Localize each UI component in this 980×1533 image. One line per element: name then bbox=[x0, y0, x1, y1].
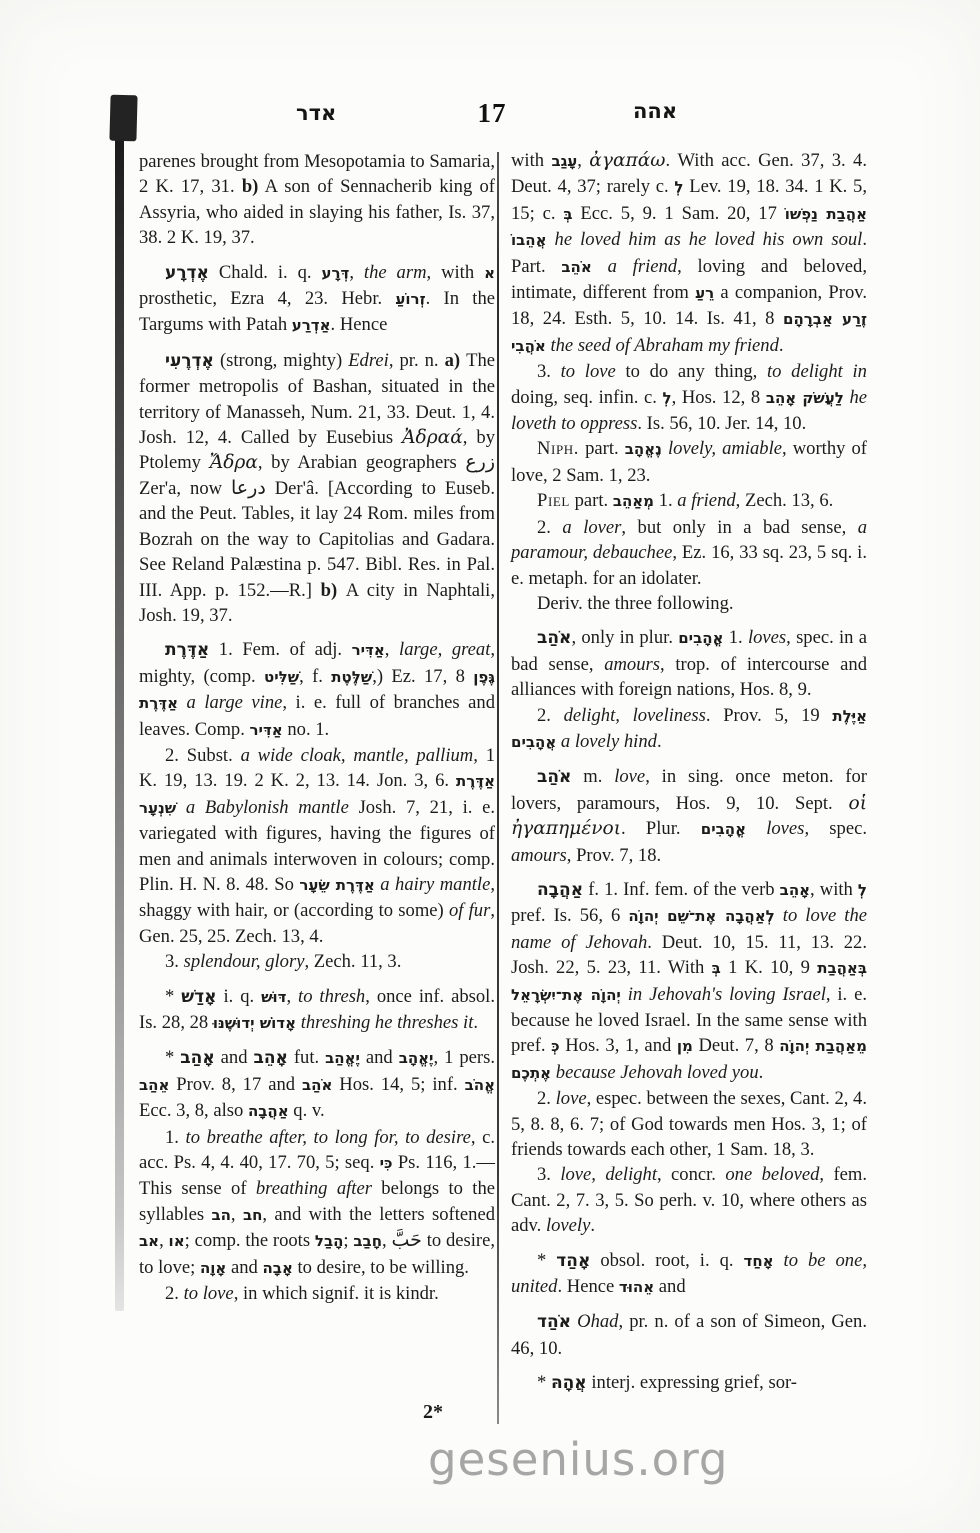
text-run: , with bbox=[810, 879, 858, 900]
text-run: Ecc. 3, 8, also bbox=[139, 1100, 248, 1121]
bold-text: b) bbox=[242, 176, 259, 197]
hebrew-headword: אֶדְרָע bbox=[165, 263, 209, 283]
hebrew-text: עָגַב bbox=[551, 152, 577, 170]
text-run bbox=[547, 229, 555, 250]
text-run: , spec. bbox=[804, 818, 867, 839]
hebrew-text: אָדוֹשׁ יְדוּשֶׁנּוּ bbox=[213, 1014, 296, 1032]
hebrew-text: הָבַל bbox=[315, 1232, 344, 1250]
text-run: and bbox=[654, 1276, 686, 1297]
hebrew-text: אֵהוּד bbox=[619, 1278, 654, 1296]
smallcaps-label: Niph. bbox=[537, 438, 579, 459]
italic-text: breathing after bbox=[256, 1178, 372, 1199]
text-run: (strong, mighty) bbox=[214, 350, 348, 371]
hebrew-headword: אֹהַד bbox=[537, 1312, 571, 1332]
text-run: Deriv. the three following. bbox=[537, 593, 734, 614]
bold-text: a) bbox=[445, 350, 461, 371]
text-run: pref. Is. 56, 6 bbox=[511, 905, 628, 926]
hebrew-headword: אַדֶּרֶת bbox=[165, 640, 209, 660]
text-run: no. 1. bbox=[283, 719, 329, 740]
italic-text: a friend bbox=[677, 490, 735, 511]
entry-paragraph: אֶדְרֶעִי (strong, mighty) Edrei, pr. n.… bbox=[139, 348, 495, 628]
text-run: Chald. i. q. bbox=[209, 262, 322, 283]
text-run: , by Arabian geographers bbox=[258, 452, 465, 473]
text-run: part. bbox=[570, 490, 613, 511]
running-head-right: אהה bbox=[633, 99, 677, 123]
hebrew-headword: אַהֲבָה bbox=[537, 880, 583, 900]
arabic-text: درعا bbox=[231, 477, 266, 499]
hebrew-text: בְּ bbox=[712, 959, 721, 977]
hebrew-text: לְאַהֲבָה אֶת־שֵׁם יְהוָֹה bbox=[628, 907, 774, 925]
text-run: f. 1. Inf. fem. of the verb bbox=[583, 879, 780, 900]
hebrew-text: אַדִּיר bbox=[250, 721, 283, 739]
text-run: , bbox=[577, 150, 589, 171]
hebrew-text: בְּ bbox=[563, 205, 572, 223]
hebrew-text: אֳהָבִים bbox=[678, 629, 723, 647]
hebrew-text: דּוּשׁ bbox=[261, 988, 286, 1006]
text-run: , bbox=[231, 1204, 243, 1225]
entry-paragraph: parenes brought from Mesopotamia to Sama… bbox=[139, 149, 495, 251]
scan-corner-blotch bbox=[109, 95, 137, 142]
text-run: 2. bbox=[537, 517, 562, 538]
text-run: . bbox=[590, 1215, 595, 1236]
greek-text: Ἄδρα bbox=[210, 452, 258, 473]
text-run: , bbox=[286, 986, 298, 1007]
hebrew-text: אַדְרַע bbox=[292, 316, 331, 334]
italic-text: amours bbox=[511, 845, 567, 866]
italic-text: Ohad bbox=[577, 1311, 618, 1332]
text-run bbox=[774, 1250, 784, 1271]
left-column: parenes brought from Mesopotamia to Sama… bbox=[139, 149, 495, 1306]
text-run bbox=[775, 905, 783, 926]
italic-text: one beloved bbox=[725, 1164, 819, 1185]
hebrew-text: אָחַד bbox=[744, 1252, 774, 1270]
text-run: part. bbox=[579, 438, 625, 459]
text-run bbox=[592, 256, 608, 277]
text-run: 2. bbox=[165, 1283, 184, 1304]
italic-text: a lovely hind bbox=[561, 731, 657, 752]
italic-text: love bbox=[614, 766, 645, 787]
text-run: interj. expressing grief, sor- bbox=[587, 1372, 797, 1393]
hebrew-text: אב bbox=[139, 1232, 159, 1250]
text-run: 1. bbox=[723, 627, 747, 648]
hebrew-headword: אֹהַב bbox=[537, 628, 571, 648]
text-run: 2. bbox=[537, 1088, 556, 1109]
hebrew-headword: אֶדְרֶעִי bbox=[165, 351, 214, 371]
hebrew-text: מְאַהֵב bbox=[613, 492, 654, 510]
text-run: , 1 pers. bbox=[433, 1047, 495, 1068]
arabic-text: حَبَّ bbox=[391, 1229, 421, 1251]
text-run: . Is. 56, 10. Jer. 14, 10. bbox=[637, 413, 806, 434]
italic-text: to love bbox=[561, 361, 616, 382]
text-run: . bbox=[473, 1012, 478, 1033]
italic-text: splendour, glory bbox=[184, 951, 305, 972]
text-run: q. v. bbox=[289, 1100, 325, 1121]
italic-text: threshing he threshes it bbox=[301, 1012, 474, 1033]
italic-text: a Babylonish mantle bbox=[186, 797, 349, 818]
text-run: * bbox=[537, 1372, 551, 1393]
entry-paragraph: אֹהַב m. love, in sing. once meton. for … bbox=[511, 764, 867, 868]
text-run: , bbox=[385, 639, 399, 660]
smallcaps-label: Piel bbox=[537, 490, 570, 511]
text-run: 2. Subst. bbox=[165, 745, 241, 766]
text-run: fut. bbox=[288, 1047, 325, 1068]
hebrew-text: נֶאֱהָב bbox=[625, 440, 662, 458]
text-run: to do any thing, bbox=[616, 361, 767, 382]
hebrew-text: זְרוֹעַ bbox=[395, 290, 425, 308]
text-run: 3. bbox=[165, 951, 184, 972]
italic-text: he loved him as he loved his own soul bbox=[555, 229, 863, 250]
text-run: * bbox=[165, 986, 181, 1007]
italic-text: to delight in bbox=[767, 361, 867, 382]
entry-paragraph: 3. splendour, glory, Zech. 11, 3. bbox=[139, 949, 495, 974]
hebrew-text: לְ bbox=[663, 389, 672, 407]
text-run: 2. bbox=[537, 705, 564, 726]
entry-paragraph: 3. to love to do any thing, to delight i… bbox=[511, 359, 867, 436]
hebrew-headword: אָהֵב bbox=[253, 1048, 287, 1068]
text-run: 1. bbox=[165, 1127, 186, 1148]
text-run: and bbox=[360, 1047, 399, 1068]
text-run: , and with the letters softened bbox=[262, 1204, 495, 1225]
text-run bbox=[746, 818, 766, 839]
hebrew-text: לְ bbox=[858, 881, 867, 899]
text-run: , pr. n. bbox=[389, 350, 445, 371]
italic-text: a large vine bbox=[187, 692, 283, 713]
text-run: * bbox=[537, 1250, 556, 1271]
italic-text: to thresh bbox=[298, 986, 365, 1007]
text-run: ,) Ez. 17, 8 bbox=[372, 666, 473, 687]
hebrew-headword: אָהַד bbox=[556, 1251, 590, 1271]
text-run: obsol. root, i. q. bbox=[590, 1250, 743, 1271]
text-run: . Hence bbox=[557, 1276, 618, 1297]
hebrew-text: אַדִּיר bbox=[352, 641, 385, 659]
hebrew-text: אַהֲבָה bbox=[248, 1102, 289, 1120]
italic-text: to breathe after, to long for, to desire bbox=[186, 1127, 471, 1148]
italic-text: to love bbox=[184, 1283, 234, 1304]
text-run: . Plur. bbox=[621, 818, 701, 839]
text-run: to desire, to be willing. bbox=[293, 1257, 469, 1278]
italic-text: large, great, bbox=[399, 639, 495, 660]
entry-paragraph: * אָהַד obsol. root, i. q. אָחַד to be o… bbox=[511, 1248, 867, 1301]
hebrew-headword: אָדַשׁ bbox=[181, 987, 216, 1007]
italic-text: of fur bbox=[449, 900, 490, 921]
entry-paragraph: 2. a lover, but only in a bad sense, a p… bbox=[511, 515, 867, 591]
italic-text: the seed of Abraham my friend bbox=[550, 335, 778, 356]
text-run: ; comp. the roots bbox=[185, 1230, 315, 1251]
entry-paragraph: אַהֲבָה f. 1. Inf. fem. of the verb אָהֵ… bbox=[511, 877, 867, 1086]
text-run: Hos. 3, 1, and bbox=[560, 1035, 677, 1056]
entry-paragraph: * אֲהָהּ interj. expressing grief, sor- bbox=[511, 1370, 867, 1396]
hebrew-text: אַדֶּרֶת שֵׂעָר bbox=[299, 876, 374, 894]
text-run: , bbox=[349, 262, 364, 283]
text-run: , only in plur. bbox=[571, 627, 678, 648]
entry-paragraph: 2. delight, loveliness. Prov. 5, 19 אַיֶ… bbox=[511, 703, 867, 756]
hebrew-text: אָהֵב bbox=[780, 881, 810, 899]
text-run: mighty, (comp. bbox=[139, 666, 264, 687]
hebrew-text: א bbox=[484, 264, 495, 282]
text-run: 3. bbox=[537, 361, 561, 382]
italic-text: the arm bbox=[364, 262, 427, 283]
entry-paragraph: אֹהַב, only in plur. אֳהָבִים 1. loves, … bbox=[511, 625, 867, 702]
text-run: , Hos. 12, 8 bbox=[672, 387, 766, 408]
text-run bbox=[178, 692, 187, 713]
hebrew-text: הב bbox=[211, 1206, 230, 1224]
text-run bbox=[176, 797, 186, 818]
hebrew-text: חָבַב bbox=[353, 1232, 382, 1250]
hebrew-text: אֱהֹב bbox=[465, 1076, 495, 1094]
hebrew-headword: אֹהַב bbox=[537, 767, 571, 787]
text-run: . Prov. 5, 19 bbox=[706, 705, 832, 726]
text-run: Deut. 7, 8 bbox=[693, 1035, 779, 1056]
watermark: gesenius.org bbox=[428, 1433, 728, 1486]
text-run: ; bbox=[343, 1230, 353, 1251]
entry-paragraph: 1. to breathe after, to long for, to des… bbox=[139, 1125, 495, 1281]
hebrew-text: יֶאֱהַב bbox=[325, 1049, 360, 1067]
italic-text: Edrei bbox=[348, 350, 389, 371]
text-run: 1 K. 10, 9 bbox=[721, 957, 817, 978]
entry-paragraph: אֹהַד Ohad, pr. n. of a son of Simeon, G… bbox=[511, 1309, 867, 1361]
text-run: prosthetic, Ezra 4, 23. Hebr. bbox=[139, 288, 395, 309]
italic-text: a friend bbox=[608, 256, 678, 277]
text-run: , in which signif. it is kindr. bbox=[234, 1283, 439, 1304]
text-run: m. bbox=[571, 766, 614, 787]
hebrew-text: כִּי bbox=[380, 1154, 393, 1172]
greek-text: ἀγαπάω bbox=[589, 150, 665, 171]
hebrew-text: או bbox=[169, 1232, 185, 1250]
hebrew-headword: אֲהָהּ bbox=[551, 1373, 587, 1393]
page-number: 17 bbox=[450, 98, 534, 129]
right-column: with עָגַב, ἀγαπάω. With acc. Gen. 37, 3… bbox=[511, 148, 867, 1397]
arabic-text: زرع bbox=[465, 451, 495, 473]
text-run: doing, seq. infin. c. bbox=[511, 387, 663, 408]
scanned-page: אדר 17 אהה parenes brought from Mesopota… bbox=[0, 0, 980, 1533]
hebrew-text: שַׁלֶּטֶת bbox=[331, 668, 372, 686]
entry-paragraph: * אָדַשׁ i. q. דּוּשׁ, to thresh, once i… bbox=[139, 984, 495, 1037]
text-run: Zer'a, now bbox=[139, 478, 231, 499]
column-divider-rule bbox=[497, 152, 499, 1424]
text-run bbox=[621, 984, 628, 1005]
text-run: Prov. 8, 17 and bbox=[169, 1074, 302, 1095]
signature-mark: 2* bbox=[139, 1401, 495, 1424]
italic-text: amours bbox=[604, 654, 660, 675]
hebrew-text: אֵהַב bbox=[139, 1076, 169, 1094]
greek-text: Ἀδραά bbox=[402, 427, 463, 448]
text-run: , but only in a bad sense, bbox=[621, 517, 857, 538]
text-run: , f. bbox=[299, 666, 331, 687]
entry-paragraph: 3. love, delight, concr. one beloved, fe… bbox=[511, 1162, 867, 1238]
hebrew-text: כְּ bbox=[551, 1037, 560, 1055]
italic-text: lovely, amiable bbox=[668, 438, 782, 459]
hebrew-text: אָבָה bbox=[262, 1259, 292, 1277]
entry-paragraph: Deriv. the three following. bbox=[511, 591, 867, 616]
text-run: . bbox=[779, 335, 784, 356]
text-run: , concr. bbox=[657, 1164, 725, 1185]
hebrew-text: יֶאֱהָב bbox=[399, 1049, 434, 1067]
text-run: 1. bbox=[654, 490, 677, 511]
entry-paragraph: Niph. part. נֶאֱהָב lovely, amiable, wor… bbox=[511, 436, 867, 488]
italic-text: love bbox=[556, 1088, 587, 1109]
text-run: 1. Fem. of adj. bbox=[209, 639, 351, 660]
hebrew-text: דְּרָע bbox=[321, 264, 349, 282]
italic-text: because Jehovah loved you bbox=[556, 1062, 759, 1083]
hebrew-text: אָוָה bbox=[200, 1259, 226, 1277]
hebrew-text: לַעֲשֹׁק אָהֵב bbox=[766, 389, 844, 407]
text-run: . Hence bbox=[331, 314, 388, 335]
text-run: Hos. 14, 5; inf. bbox=[332, 1074, 464, 1095]
bold-text: b) bbox=[321, 580, 338, 601]
hebrew-text: אֳהָבִים bbox=[701, 820, 746, 838]
hebrew-text: מִן bbox=[677, 1037, 693, 1055]
text-run: . bbox=[759, 1062, 764, 1083]
hebrew-headword: אָהַב bbox=[180, 1048, 214, 1068]
italic-text: loves bbox=[766, 818, 804, 839]
entry-paragraph: 2. Subst. a wide cloak, mantle, pallium,… bbox=[139, 743, 495, 949]
entry-paragraph: Piel part. מְאַהֵב 1. a friend, Zech. 13… bbox=[511, 488, 867, 514]
italic-text: in Jehovah's loving Israel bbox=[628, 984, 826, 1005]
entry-paragraph: אַדֶּרֶת 1. Fem. of adj. אַדִּיר, large,… bbox=[139, 637, 495, 743]
italic-text: a wide cloak, mantle, pallium, bbox=[241, 745, 478, 766]
text-run: , Zech. 13, 6. bbox=[736, 490, 834, 511]
text-run: , with bbox=[427, 262, 485, 283]
text-run: i. q. bbox=[217, 986, 262, 1007]
text-run: . bbox=[657, 731, 662, 752]
hebrew-text: רֵעַ bbox=[695, 284, 714, 302]
italic-text: loves bbox=[748, 627, 786, 648]
italic-text: lovely bbox=[546, 1215, 590, 1236]
text-run: * bbox=[165, 1047, 180, 1068]
entry-paragraph: 2. to love, in which signif. it is kindr… bbox=[139, 1281, 495, 1306]
text-run: and bbox=[215, 1047, 254, 1068]
running-head-left: אדר bbox=[296, 101, 336, 125]
hebrew-text: שַׁלִּיט bbox=[264, 668, 299, 686]
text-run: and bbox=[226, 1257, 262, 1278]
scan-gutter-shadow bbox=[115, 96, 124, 1311]
entry-paragraph: אֶדְרָע Chald. i. q. דְּרָע, the arm, wi… bbox=[139, 260, 495, 339]
hebrew-text: חב bbox=[243, 1206, 262, 1224]
italic-text: delight, loveliness bbox=[564, 705, 706, 726]
text-run: 3. bbox=[537, 1164, 560, 1185]
text-run: , Prov. 7, 18. bbox=[567, 845, 661, 866]
hebrew-text: אֹהֵב bbox=[561, 258, 591, 276]
italic-text: a hairy mantle bbox=[380, 874, 490, 895]
entry-paragraph: with עָגַב, ἀγαπάω. With acc. Gen. 37, 3… bbox=[511, 148, 867, 359]
italic-text: love, delight bbox=[560, 1164, 657, 1185]
text-run: with bbox=[511, 150, 551, 171]
italic-text: a lover bbox=[562, 517, 621, 538]
text-run: Ecc. 5, 9. 1 Sam. 20, 17 bbox=[573, 203, 785, 224]
text-run: , bbox=[159, 1230, 168, 1251]
entry-paragraph: * אָהַב and אָהֵב fut. יֶאֱהַב and יֶאֱה… bbox=[139, 1045, 495, 1124]
entry-paragraph: 2. love, espec. between the sexes, Cant.… bbox=[511, 1086, 867, 1162]
hebrew-text: אֹהַב bbox=[302, 1076, 332, 1094]
text-run: , Zech. 11, 3. bbox=[304, 951, 401, 972]
